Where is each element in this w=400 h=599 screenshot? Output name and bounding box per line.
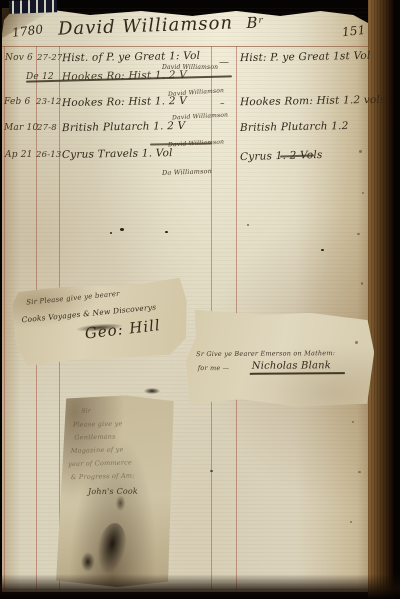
foxing-spot — [355, 341, 358, 344]
interlinear-signature: David Williamson — [162, 64, 218, 71]
entry-date: Feb 6 — [4, 97, 30, 107]
slip-line: Magazine of ye — [71, 445, 124, 454]
ink-speck — [110, 232, 112, 234]
binding-headband — [9, 0, 57, 14]
slip-line: Please give ye — [73, 419, 123, 428]
slip-line: Sir Please give ye bearer — [26, 290, 120, 307]
foxing-spot — [352, 421, 354, 423]
gutter-shadow — [0, 574, 400, 599]
return-mark: — — [219, 57, 229, 68]
foxing-spot — [350, 521, 352, 523]
slip-line: Sir — [81, 408, 91, 415]
entry-charge: 26-13 — [36, 150, 62, 160]
slip-signature: Geo: Hill — [84, 316, 162, 343]
ink-blot — [115, 495, 126, 511]
return-mark: – — [220, 99, 225, 109]
foxing-spot — [362, 192, 364, 194]
slip-line: Sr Give ye Bearer Emerson on Mathem: — [196, 349, 335, 358]
return-entry: Hist: P. ye Great 1st Vol — [240, 50, 371, 64]
entry-title: Cyrus Travels 1. Vol — [62, 147, 173, 161]
entry-title: British Plutarch 1. 2 V — [62, 120, 186, 134]
entry-charge: 27-27 — [37, 53, 63, 63]
entry-title: Hist. of P. ye Great 1: Vol — [62, 50, 200, 64]
slip-signature: John's Cook — [88, 487, 138, 496]
book-fore-edge-texture — [368, 0, 390, 599]
entry-date: Ap 21 — [5, 150, 33, 160]
borrower-slip-left: Sir Please give ye bearer Cooks Voyages … — [11, 277, 190, 366]
foxing-spot — [358, 471, 361, 473]
borrower-slip-bottom: Sir Please give ye Gentlemans Magazine o… — [56, 393, 176, 590]
foxing-spot — [357, 233, 360, 235]
return-entry: British Plutarch 1.2 — [240, 120, 349, 134]
foxing-spot — [361, 282, 363, 285]
entry-date: Nov 6 — [5, 53, 33, 63]
ink-speck — [321, 249, 324, 251]
slip-line: for me — — [198, 364, 230, 372]
borrower-slip-right: Sr Give ye Bearer Emerson on Mathem: for… — [185, 309, 376, 408]
ink-speck — [120, 228, 124, 231]
ink-blot — [80, 552, 95, 573]
header-rule — [2, 46, 368, 47]
ink-speck — [165, 231, 168, 233]
slip-signature: Nicholas Blank — [250, 360, 345, 375]
ledger-photo: 1780 David Williamson Bʳ 151 Nov 6 27-27… — [0, 0, 400, 599]
ink-mark — [144, 388, 160, 394]
entry-date: Mar 10 — [4, 123, 38, 133]
ink-blot — [93, 521, 130, 577]
page-number: 151 — [341, 23, 366, 39]
slip-line: & Progress of Am: — [71, 472, 135, 482]
ink-speck — [210, 470, 213, 472]
borrower-suffix: Bʳ — [246, 13, 265, 32]
slip-line: Gentlemans — [74, 432, 116, 441]
entry-charge: 27-8 — [37, 123, 57, 133]
slip-line: year of Commerce — [68, 458, 132, 468]
return-entry: Hookes Rom: Hist 1.2 vols — [240, 94, 386, 109]
ink-speck — [247, 224, 249, 226]
foxing-spot — [359, 150, 362, 153]
entry-charge: 23-12 — [36, 97, 62, 107]
